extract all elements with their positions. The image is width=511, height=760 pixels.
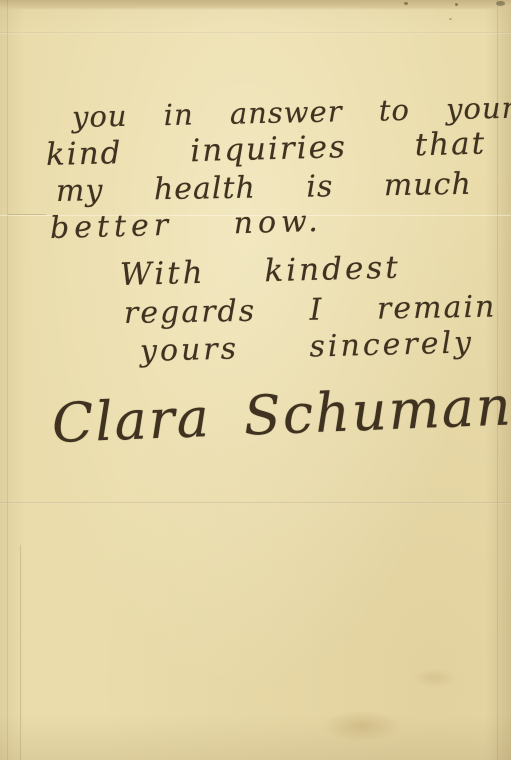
- fold-crease-vertical-left: [7, 0, 8, 760]
- letter-line-7: yours sincerely: [140, 325, 475, 369]
- ink-speck: [404, 2, 408, 5]
- letter-line-6: regards I remain: [124, 290, 497, 331]
- ink-speck: [496, 1, 505, 6]
- ink-speck: [449, 18, 452, 20]
- paper-stain: [412, 668, 458, 688]
- letter-line-3: my health is much: [56, 167, 472, 209]
- letter-photo: you in answer to your kind inquiries tha…: [0, 0, 511, 760]
- paper-top-edge: [0, 0, 511, 10]
- signature: Clara Schumann.: [51, 372, 511, 455]
- fold-crease-horizontal-middle-dark: [8, 214, 46, 215]
- paper-stain: [322, 710, 402, 742]
- fold-crease-vertical-left-lower: [20, 545, 21, 760]
- ink-speck: [455, 3, 458, 6]
- letter-line-4: better now.: [50, 204, 324, 246]
- letter-line-5: With kindest: [120, 250, 402, 293]
- fold-crease-horizontal-top: [0, 32, 511, 34]
- fold-crease-horizontal-lower: [0, 502, 511, 504]
